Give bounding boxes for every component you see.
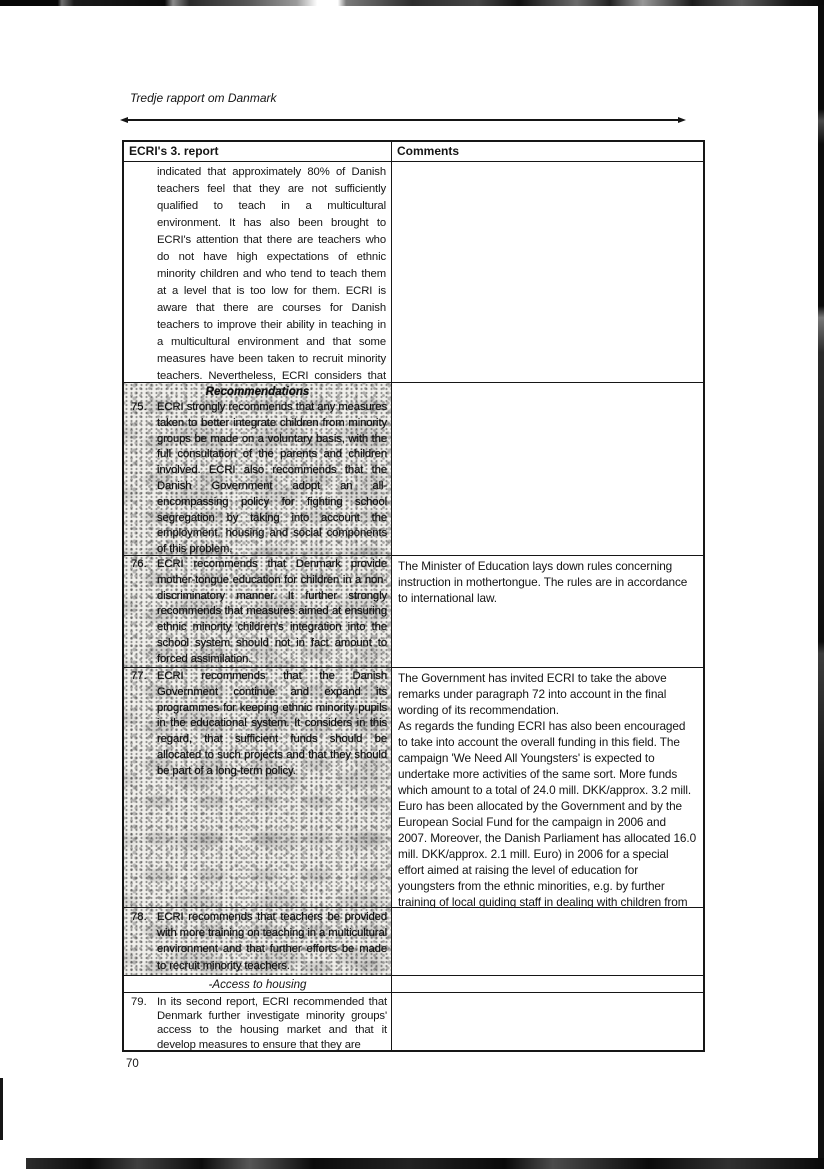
- comment-cell-empty: [392, 908, 703, 975]
- scanned-document-page: Tredje rapport om Danmark ECRI's 3. repo…: [0, 0, 824, 1169]
- paragraph-number: 77.: [131, 669, 157, 780]
- header-rule-arrow: [127, 119, 679, 121]
- comment-cell-empty: [392, 993, 703, 1050]
- table-row: 79. In its second report, ECRI recommend…: [124, 992, 703, 1050]
- paragraph-76-text: ECRI recommends that Denmark provide mot…: [157, 557, 387, 667]
- paragraph-number: 76.: [131, 557, 157, 667]
- table-row: indicated that approximately 80% of Dani…: [124, 161, 703, 382]
- scan-artifact-bottom-bar: [26, 1158, 824, 1169]
- paragraph-continuation-text: indicated that approximately 80% of Dani…: [124, 162, 391, 382]
- paragraph-number: 78.: [131, 909, 157, 974]
- table-row: -Access to housing: [124, 975, 703, 992]
- scan-artifact-right-bar: [818, 5, 824, 1163]
- table-row: 77. ECRI recommends that the Danish Gove…: [124, 667, 703, 907]
- table-row: 76. ECRI recommends that Denmark provide…: [124, 555, 703, 667]
- paragraph-number: 75.: [131, 400, 157, 555]
- paragraph-number: 79.: [131, 995, 157, 1050]
- column-header-report: ECRI's 3. report: [124, 142, 392, 161]
- scan-artifact-left-mark: [0, 1078, 3, 1140]
- table-row: 78. ECRI recommends that teachers be pro…: [124, 907, 703, 975]
- comment-77-text: The Government has invited ECRI to take …: [392, 668, 703, 907]
- table-row: Recommendations 75. ECRI strongly recomm…: [124, 382, 703, 555]
- paragraph-79-text: In its second report, ECRI recommended t…: [157, 995, 387, 1050]
- scan-artifact-top-bar: [0, 0, 824, 6]
- paragraph-75-text: ECRI strongly recommends that any measur…: [157, 400, 387, 555]
- paragraph-77-text: ECRI recommends that the Danish Governme…: [157, 669, 387, 780]
- document-title: Tredje rapport om Danmark: [130, 91, 277, 105]
- column-header-comments: Comments: [392, 142, 703, 161]
- access-to-housing-heading: -Access to housing: [124, 976, 391, 992]
- recommendations-heading: Recommendations: [124, 383, 391, 399]
- paragraph-78-text: ECRI recommends that teachers be provide…: [157, 909, 387, 974]
- table-header-row: ECRI's 3. report Comments: [124, 142, 703, 161]
- comment-cell-empty: [392, 976, 703, 992]
- page-number: 70: [126, 1058, 139, 1070]
- comment-76-text: The Minister of Education lays down rule…: [392, 556, 703, 606]
- comment-77-paragraph-2: As regards the funding ECRI has also bee…: [398, 718, 697, 907]
- comment-cell-empty: [392, 162, 703, 382]
- report-comments-table: ECRI's 3. report Comments indicated that…: [122, 140, 705, 1052]
- comment-77-paragraph-1: The Government has invited ECRI to take …: [398, 670, 697, 718]
- comment-cell-empty: [392, 383, 703, 555]
